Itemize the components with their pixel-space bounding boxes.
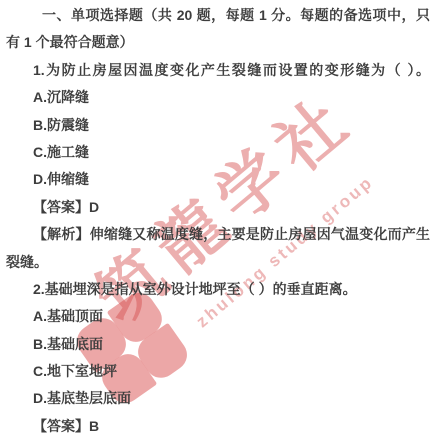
question-1-option-c: C.施工缝 [0,139,437,166]
question-2-option-d: D.基底垫层底面 [0,385,437,412]
question-2-option-c: C.地下室地坪 [0,358,437,385]
question-1-analysis-2: 裂缝。 [0,249,437,276]
question-1-option-d: D.伸缩缝 [0,166,437,193]
question-2-text: 2.基础埋深是指从室外设计地坪至（ ）的垂直距离。 [0,276,437,303]
question-2-option-a: A.基础顶面 [0,303,437,330]
question-2-option-b: B.基础底面 [0,331,437,358]
question-1-option-a: A.沉降缝 [0,84,437,111]
document-body: 一、单项选择题（共 20 题，每题 1 分。每题的备选项中，只 有 1 个最符合… [0,0,445,440]
question-1-answer: 【答案】D [0,194,437,221]
section-title-line-2: 有 1 个最符合题意） [0,29,437,56]
question-1-text: 1.为防止房屋因温度变化产生裂缝而设置的变形缝为（ ）。 [0,57,437,84]
exam-document-page: { "document": { "lines": [ { "role": "se… [0,0,445,441]
question-1-analysis-1: 【解析】伸缩缝又称温度缝，主要是防止房屋因气温变化而产生 [0,221,437,248]
section-title-line-1: 一、单项选择题（共 20 题，每题 1 分。每题的备选项中，只 [0,2,437,29]
question-2-answer: 【答案】B [0,413,437,440]
question-1-option-b: B.防震缝 [0,112,437,139]
